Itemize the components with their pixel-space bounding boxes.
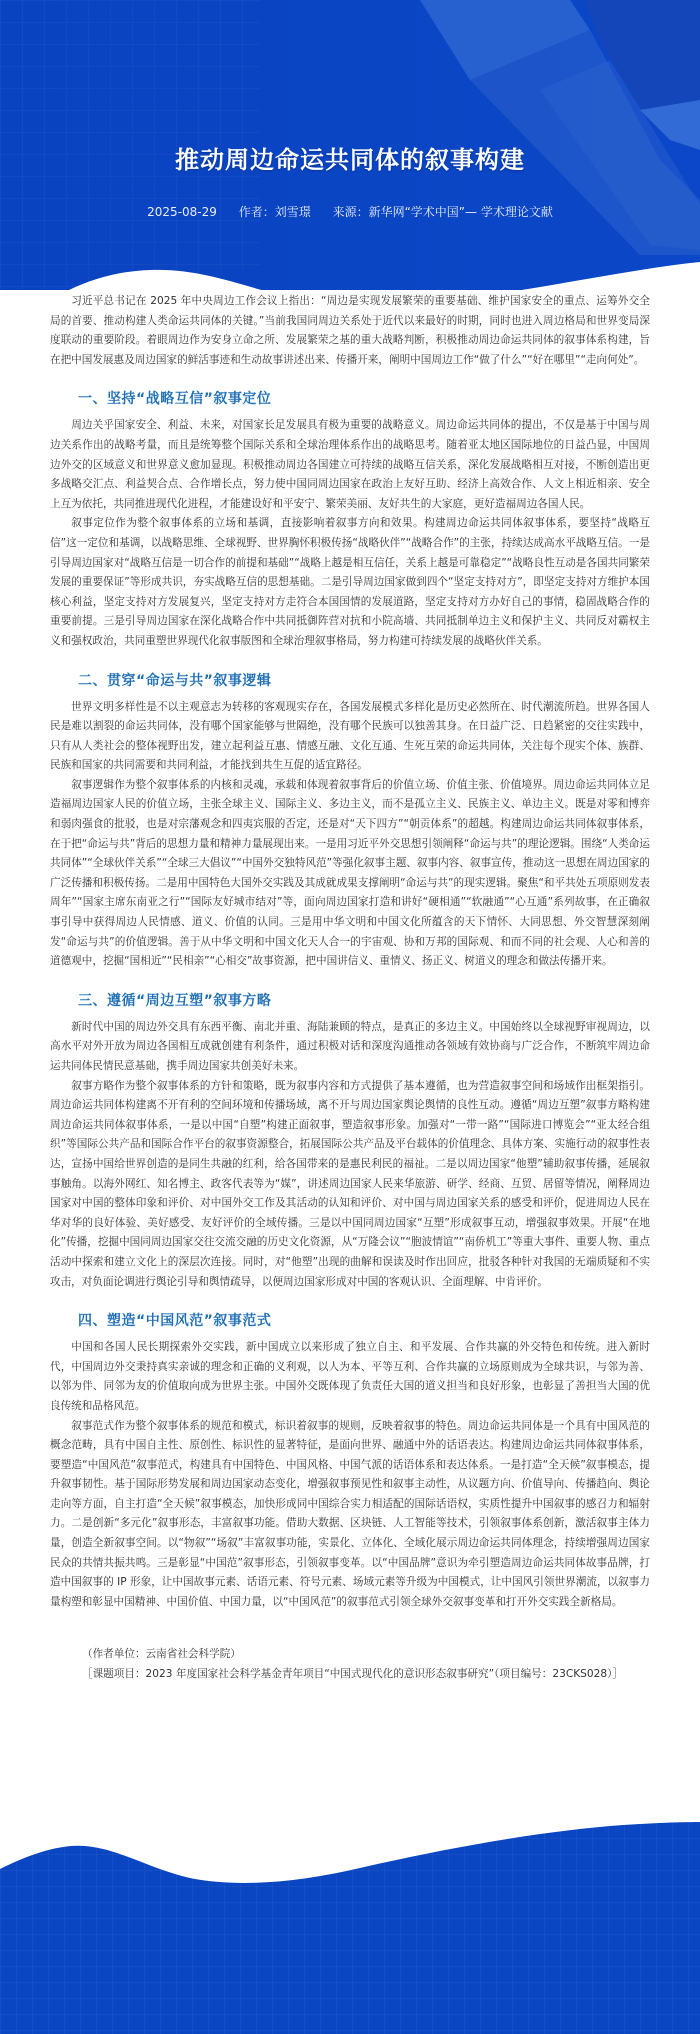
- section-heading-3: 三、遵循“周边互塑”叙事方略: [78, 990, 650, 1010]
- author-unit: （作者单位：云南省社会科学院）: [82, 1644, 650, 1664]
- intro-paragraph: 习近平总书记在 2025 年中央周边工作会议上指出：“周边是实现发展繁荣的重要基…: [50, 292, 650, 370]
- section-heading-2: 二、贯穿“命运与共”叙事逻辑: [78, 670, 650, 690]
- section-3-paragraph-1: 新时代中国的周边外交具有东西平衡、南北并重、海陆兼顾的特点，是真正的多边主义。中…: [50, 1018, 650, 1077]
- source-line: 来源：新华网“学术中国”— 学术理论文献: [333, 205, 553, 219]
- section-1-paragraph-2: 叙事定位作为整个叙事体系的立场和基调，直接影响着叙事方向和效果。构建周边命运共同…: [50, 514, 650, 651]
- publish-date: 2025-08-29: [147, 205, 217, 219]
- article-header-banner: 推动周边命运共同体的叙事构建 2025-08-29 作者：刘雪璟 来源：新华网“…: [0, 0, 700, 290]
- section-2-paragraph-2: 叙事逻辑作为整个叙事体系的内核和灵魂，承载和体现着叙事背后的价值立场、价值主张、…: [50, 776, 650, 972]
- section-4-paragraph-1: 中国和各国人民长期探索外交实践，新中国成立以来形成了独立自主、和平发展、合作共赢…: [50, 1338, 650, 1416]
- section-1-paragraph-1: 周边关乎国家安全、利益、未来，对国家长足发展具有极为重要的战略意义。周边命运共同…: [50, 416, 650, 514]
- article-title: 推动周边命运共同体的叙事构建: [0, 140, 700, 175]
- section-4-paragraph-2: 叙事范式作为整个叙事体系的规范和模式，标识着叙事的规则，反映着叙事的特色。周边命…: [50, 1417, 650, 1613]
- article-footnotes: （作者单位：云南省社会科学院） ［课题项目：2023 年度国家社会科学基金青年项…: [50, 1644, 650, 1684]
- article-meta: 2025-08-29 作者：刘雪璟 来源：新华网“学术中国”— 学术理论文献: [0, 203, 700, 220]
- article-body: 习近平总书记在 2025 年中央周边工作会议上指出：“周边是实现发展繁荣的重要基…: [0, 290, 700, 1684]
- author-line: 作者：刘雪璟: [239, 205, 311, 219]
- project-note: ［课题项目：2023 年度国家社会科学基金青年项目“中国式现代化的意识形态叙事研…: [82, 1664, 650, 1684]
- footer-wave-banner: [0, 1694, 700, 2034]
- section-3-paragraph-2: 叙事方略作为整个叙事体系的方针和策略，既为叙事内容和方式提供了基本遵循，也为营造…: [50, 1077, 650, 1293]
- section-heading-1: 一、坚持“战略互信”叙事定位: [78, 388, 650, 408]
- section-2-paragraph-1: 世界文明多样性是不以主观意志为转移的客观现实存在，各国发展模式多样化是历史必然所…: [50, 698, 650, 776]
- footer-wave-background: [0, 1694, 700, 2034]
- section-heading-4: 四、塑造“中国风范”叙事范式: [78, 1310, 650, 1330]
